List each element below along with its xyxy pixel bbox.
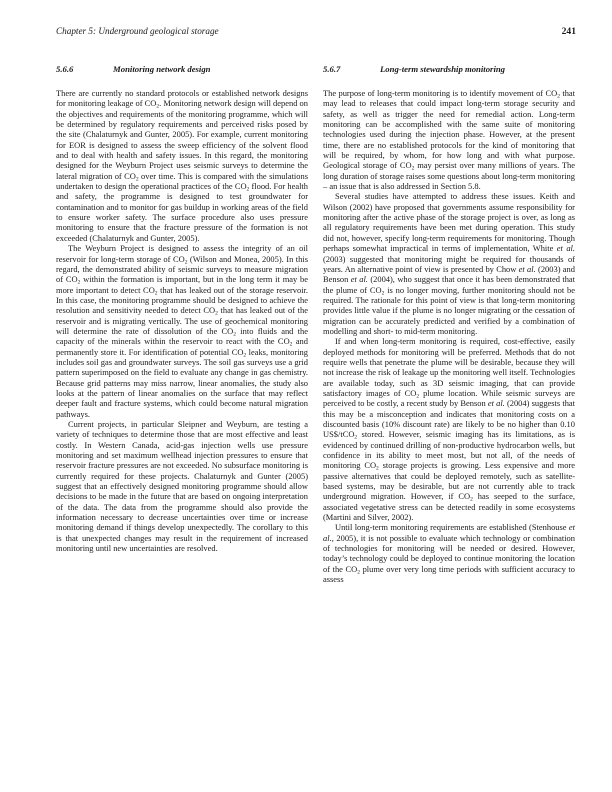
subscript: 2 <box>156 104 159 110</box>
italic-citation: et al. <box>488 398 505 408</box>
subscript: 2 <box>376 466 379 472</box>
subscript: 2 <box>416 393 419 399</box>
subscript: 2 <box>354 435 357 441</box>
subscript: 2 <box>155 290 158 296</box>
subscript: 2 <box>233 331 236 337</box>
subscript: 2 <box>470 497 473 503</box>
subscript: 2 <box>412 166 415 172</box>
italic-citation: et al. <box>519 264 536 274</box>
paragraph: If and when long-term monitoring is requ… <box>323 336 575 522</box>
left-body-text: There are currently no standard protocol… <box>56 88 308 553</box>
subscript: 2 <box>557 94 560 100</box>
subscript: 2 <box>185 259 188 265</box>
subscript: 2 <box>247 187 250 193</box>
left-column: 5.6.6Monitoring network design There are… <box>56 64 308 553</box>
subscript: 2 <box>215 311 218 317</box>
subscript: 2 <box>243 352 246 358</box>
section-title: Long-term stewardship monitoring <box>380 64 505 74</box>
section-number: 5.6.7 <box>323 64 380 74</box>
right-column: 5.6.7Long-term stewardship monitoring Th… <box>323 64 575 585</box>
subscript: 2 <box>357 569 360 575</box>
running-head: Chapter 5: Underground geological storag… <box>56 26 219 36</box>
right-body-text: The purpose of long-term monitoring is t… <box>323 88 575 585</box>
paragraph: Several studies have attempted to addres… <box>323 191 575 336</box>
italic-citation: et al. <box>351 274 368 284</box>
subscript: 2 <box>136 176 139 182</box>
section-number: 5.6.6 <box>56 64 113 74</box>
paragraph: The Weyburn Project is designed to asses… <box>56 243 308 419</box>
subscript: 2 <box>382 290 385 296</box>
paragraph: Current projects, in particular Sleipner… <box>56 419 308 553</box>
italic-citation: et al. <box>323 522 575 542</box>
page-number: 241 <box>562 26 576 37</box>
subscript: 2 <box>290 342 293 348</box>
paragraph: The purpose of long-term monitoring is t… <box>323 88 575 191</box>
page-header: Chapter 5: Underground geological storag… <box>56 26 576 40</box>
italic-citation: et al. <box>557 243 575 253</box>
paragraph: Until long-term monitoring requirements … <box>323 522 575 584</box>
section-heading-5-6-6: 5.6.6Monitoring network design <box>56 64 308 76</box>
paragraph: There are currently no standard protocol… <box>56 88 308 243</box>
section-heading-5-6-7: 5.6.7Long-term stewardship monitoring <box>323 64 575 76</box>
subscript: 2 <box>78 280 81 286</box>
section-title: Monitoring network design <box>113 64 211 74</box>
